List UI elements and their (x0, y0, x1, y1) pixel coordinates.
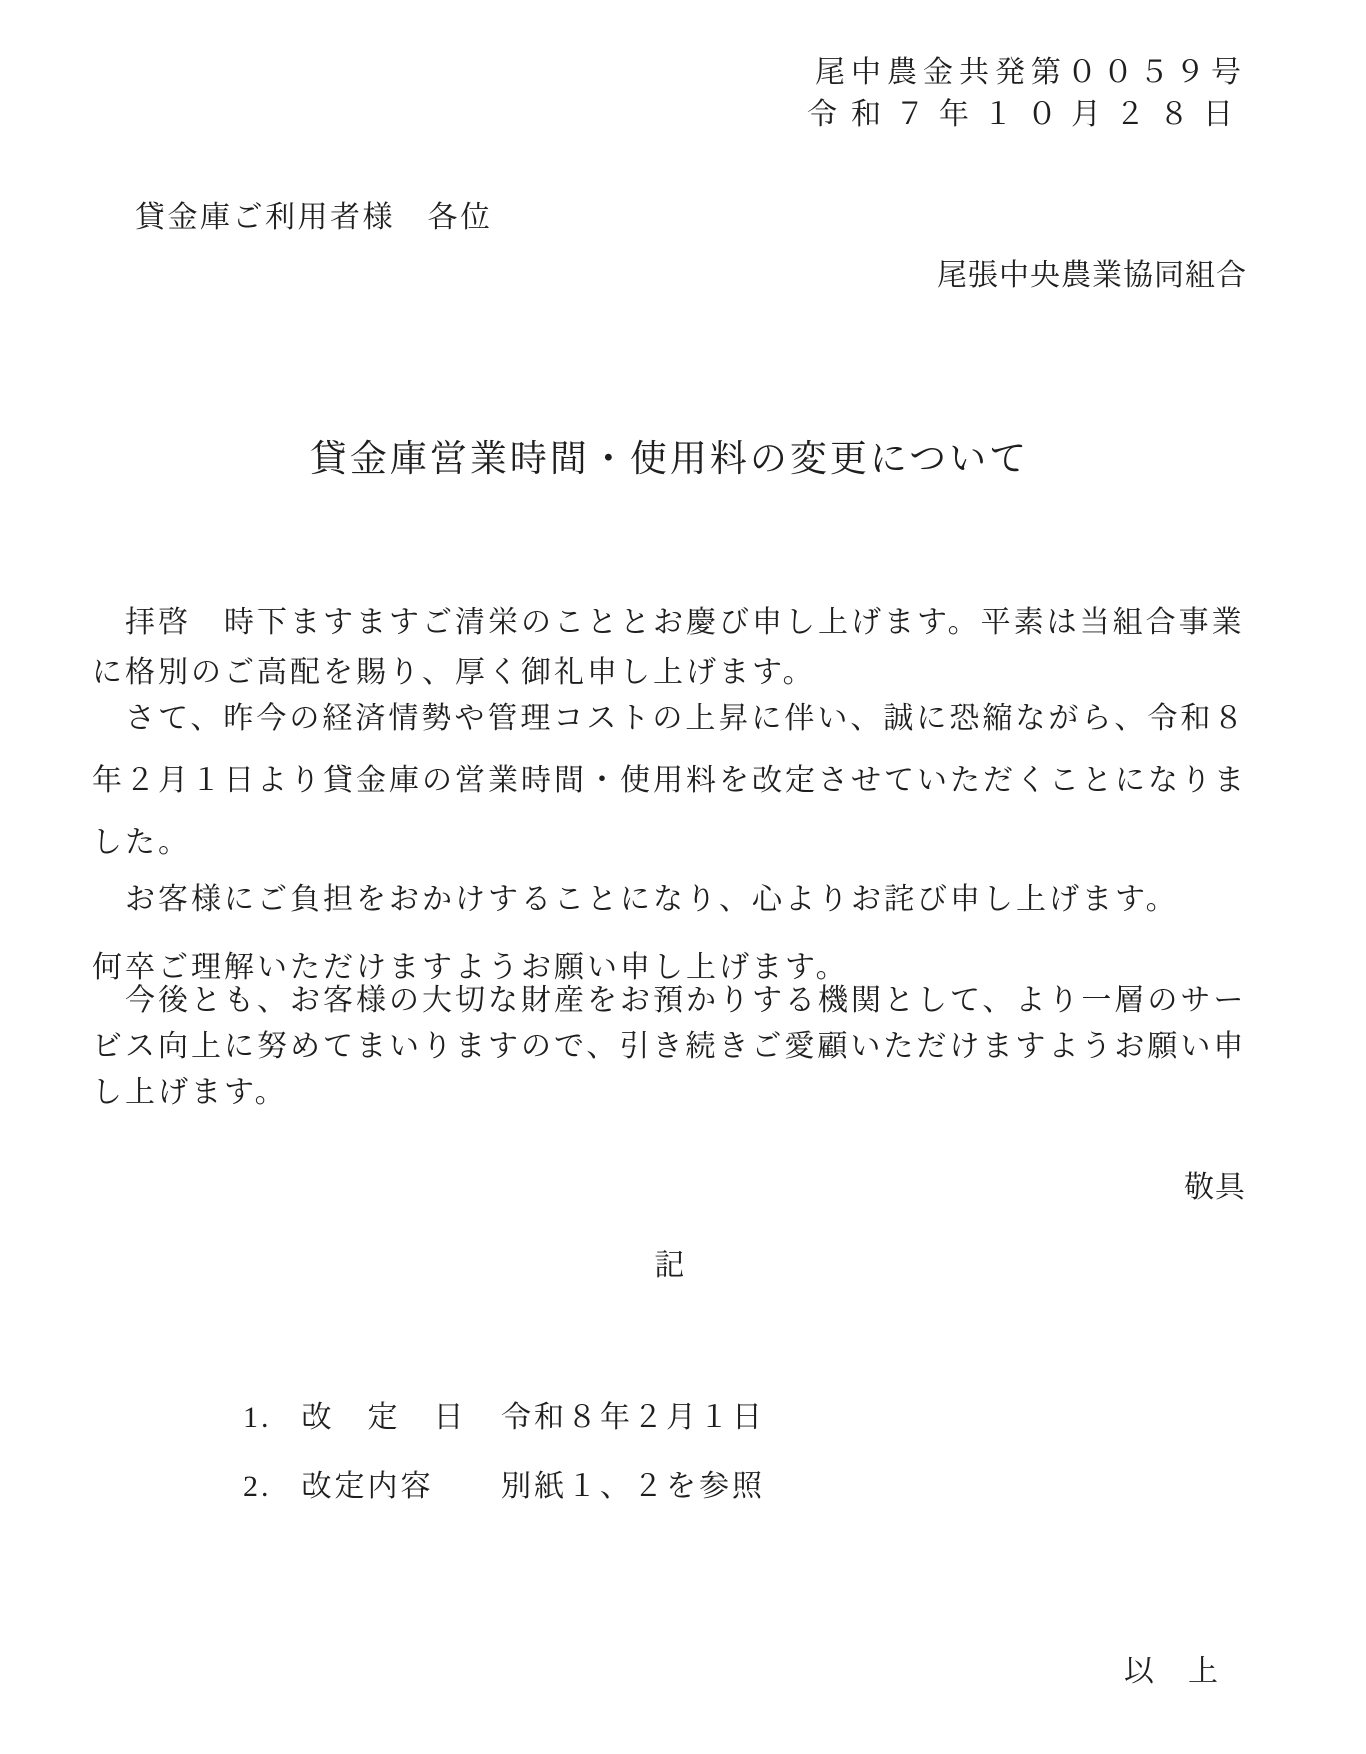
item-label: 改定内容 (302, 1461, 491, 1505)
paragraph-greeting: 拝啓 時下ますますご清栄のこととお慶び申し上げます。平素は当組合事業 に格別のご… (92, 598, 1262, 698)
document-page: 尾中農金共発第００５９号 令和７年１０月２８日 貸金庫ご利用者様 各位 尾張中央… (0, 0, 1366, 1754)
item-value: 令和８年２月１日 (501, 1392, 765, 1436)
closing-keigu: 敬具 (1184, 1162, 1246, 1206)
notice-item-list: 1. 改 定 日 令和８年２月１日 2. 改定内容 別紙１、２を参照 (243, 1392, 765, 1497)
paragraph-line: した。 (92, 812, 1262, 874)
document-meta: 尾中農金共発第００５９号 令和７年１０月２８日 (807, 52, 1247, 136)
paragraph-commitment: 今後とも、お客様の大切な財産をお預かりする機関として、より一層のサー ビス向上に… (92, 978, 1262, 1116)
record-marker-ki: 記 (92, 1240, 1247, 1284)
paragraph-line: 拝啓 時下ますますご清栄のこととお慶び申し上げます。平素は当組合事業 (92, 598, 1262, 648)
addressee-line: 貸金庫ご利用者様 各位 (135, 192, 493, 236)
document-title: 貸金庫営業時間・使用料の変更について (92, 428, 1247, 482)
item-number: 2. (243, 1470, 291, 1504)
notice-item-revision-details: 2. 改定内容 別紙１、２を参照 (243, 1461, 765, 1497)
paragraph-line: 年２月１日より貸金庫の営業時間・使用料を改定させていただくことになりま (92, 750, 1262, 812)
paragraph-line: し上げます。 (92, 1070, 1262, 1116)
paragraph-line: ビス向上に努めてまいりますので、引き続きご愛顧いただけますようお願い申 (92, 1024, 1262, 1070)
notice-item-revision-date: 1. 改 定 日 令和８年２月１日 (243, 1392, 765, 1428)
document-number: 尾中農金共発第００５９号 (807, 52, 1247, 94)
item-value: 別紙１、２を参照 (501, 1461, 765, 1505)
item-number: 1. (243, 1401, 291, 1435)
paragraph-line: 今後とも、お客様の大切な財産をお預かりする機関として、より一層のサー (92, 978, 1262, 1024)
end-marker-ijo: 以 上 (1124, 1646, 1220, 1690)
sender-organization: 尾張中央農業協同組合 (937, 250, 1247, 294)
item-label: 改 定 日 (302, 1392, 491, 1436)
paragraph-line: お客様にご負担をおかけすることになり、心よりお詫び申し上げます。 (92, 866, 1262, 934)
document-date: 令和７年１０月２８日 (807, 94, 1247, 136)
paragraph-line: さて、昨今の経済情勢や管理コストの上昇に伴い、誠に恐縮ながら、令和８ (92, 688, 1262, 750)
paragraph-revision-announcement: さて、昨今の経済情勢や管理コストの上昇に伴い、誠に恐縮ながら、令和８ 年２月１日… (92, 688, 1262, 874)
